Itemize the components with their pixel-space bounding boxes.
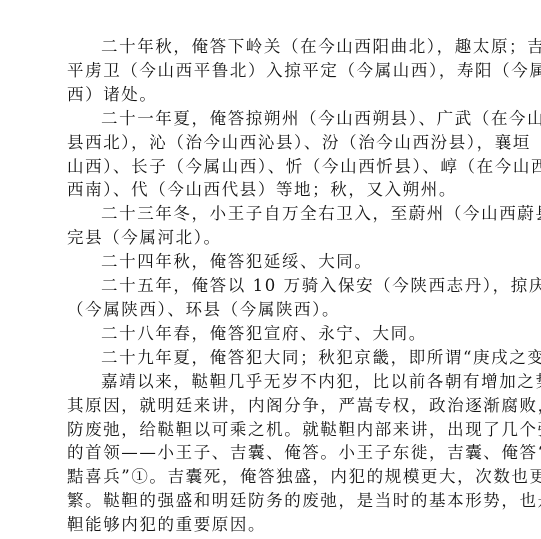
text-line: 二十九年夏，俺答犯大同；秋犯京畿，即所谓“庚戌之变”。 [67, 346, 507, 370]
paragraph-year-29-summer: 二十九年夏，俺答犯大同；秋犯京畿，即所谓“庚戌之变”。 [67, 346, 507, 370]
text-line: 西）诸处。 [67, 83, 507, 107]
paragraph-year-25: 二十五年，俺答以 10 万骑入保安（今陕西志丹），掠庆阳 （今属陕西）、环县（今… [67, 274, 507, 322]
paragraph-year-21-summer: 二十一年夏，俺答掠朔州（今山西朔县）、广武（在今山西代 县西北），沁（治今山西沁… [67, 107, 507, 203]
text-line: 西南）、代（今山西代县）等地；秋，又入朔州。 [67, 178, 507, 202]
text-line: 平虏卫（今山西平鲁北）入掠平定（今属山西），寿阳（今属山 [67, 59, 507, 83]
paragraph-year-28-spring: 二十八年春，俺答犯宣府、永宁、大同。 [67, 322, 507, 346]
text-line: 二十三年冬，小王子自万全右卫入，至蔚州（今山西蔚县）、 [67, 202, 507, 226]
text-line: 防废弛，给鞑靼以可乘之机。就鞑靼内部来讲，出现了几个强大 [67, 418, 507, 442]
text-line: 二十年秋，俺答下岭关（在今山西阳曲北），趣太原；吉囊由 [67, 35, 507, 59]
paragraph-year-20-autumn: 二十年秋，俺答下岭关（在今山西阳曲北），趣太原；吉囊由 平虏卫（今山西平鲁北）入… [67, 35, 507, 107]
text-line: 嘉靖以来，鞑靼几乎无岁不内犯，比以前各朝有增加之势。究 [67, 370, 507, 394]
text-line: 的首领——小王子、吉囊、俺答。小王子东徙，吉囊、俺答“雄 [67, 441, 507, 465]
text-line: 繁。鞑靼的强盛和明廷防务的废弛，是当时的基本形势，也是鞑 [67, 489, 507, 513]
text-line: 二十五年，俺答以 10 万骑入保安（今陕西志丹），掠庆阳 [67, 274, 507, 298]
paragraph-year-23-winter: 二十三年冬，小王子自万全右卫入，至蔚州（今山西蔚县）、 完县（今属河北）。 [67, 202, 507, 250]
text-line: 二十一年夏，俺答掠朔州（今山西朔县）、广武（在今山西代 [67, 107, 507, 131]
text-line: 县西北），沁（治今山西沁县）、汾（治今山西汾县），襄垣（今属 [67, 131, 507, 155]
paragraph-year-24-autumn: 二十四年秋，俺答犯延绥、大同。 [67, 250, 507, 274]
text-line: 靼能够内犯的重要原因。 [67, 513, 507, 537]
text-line: 二十四年秋，俺答犯延绥、大同。 [67, 250, 507, 274]
text-line: 二十八年春，俺答犯宣府、永宁、大同。 [67, 322, 507, 346]
paragraph-analysis: 嘉靖以来，鞑靼几乎无岁不内犯，比以前各朝有增加之势。究 其原因，就明廷来讲，内阁… [67, 370, 507, 537]
document-page: 二十年秋，俺答下岭关（在今山西阳曲北），趣太原；吉囊由 平虏卫（今山西平鲁北）入… [67, 35, 507, 537]
text-line: （今属陕西）、环县（今属陕西）。 [67, 298, 507, 322]
text-line: 山西）、长子（今属山西）、忻（今山西忻县）、崞（在今山西代县 [67, 155, 507, 179]
text-line: 其原因，就明廷来讲，内阁分争，严嵩专权，政治逐渐腐败，边 [67, 394, 507, 418]
text-line: 黠喜兵”①。吉囊死，俺答独盛，内犯的规模更大，次数也更加频 [67, 465, 507, 489]
text-line: 完县（今属河北）。 [67, 226, 507, 250]
